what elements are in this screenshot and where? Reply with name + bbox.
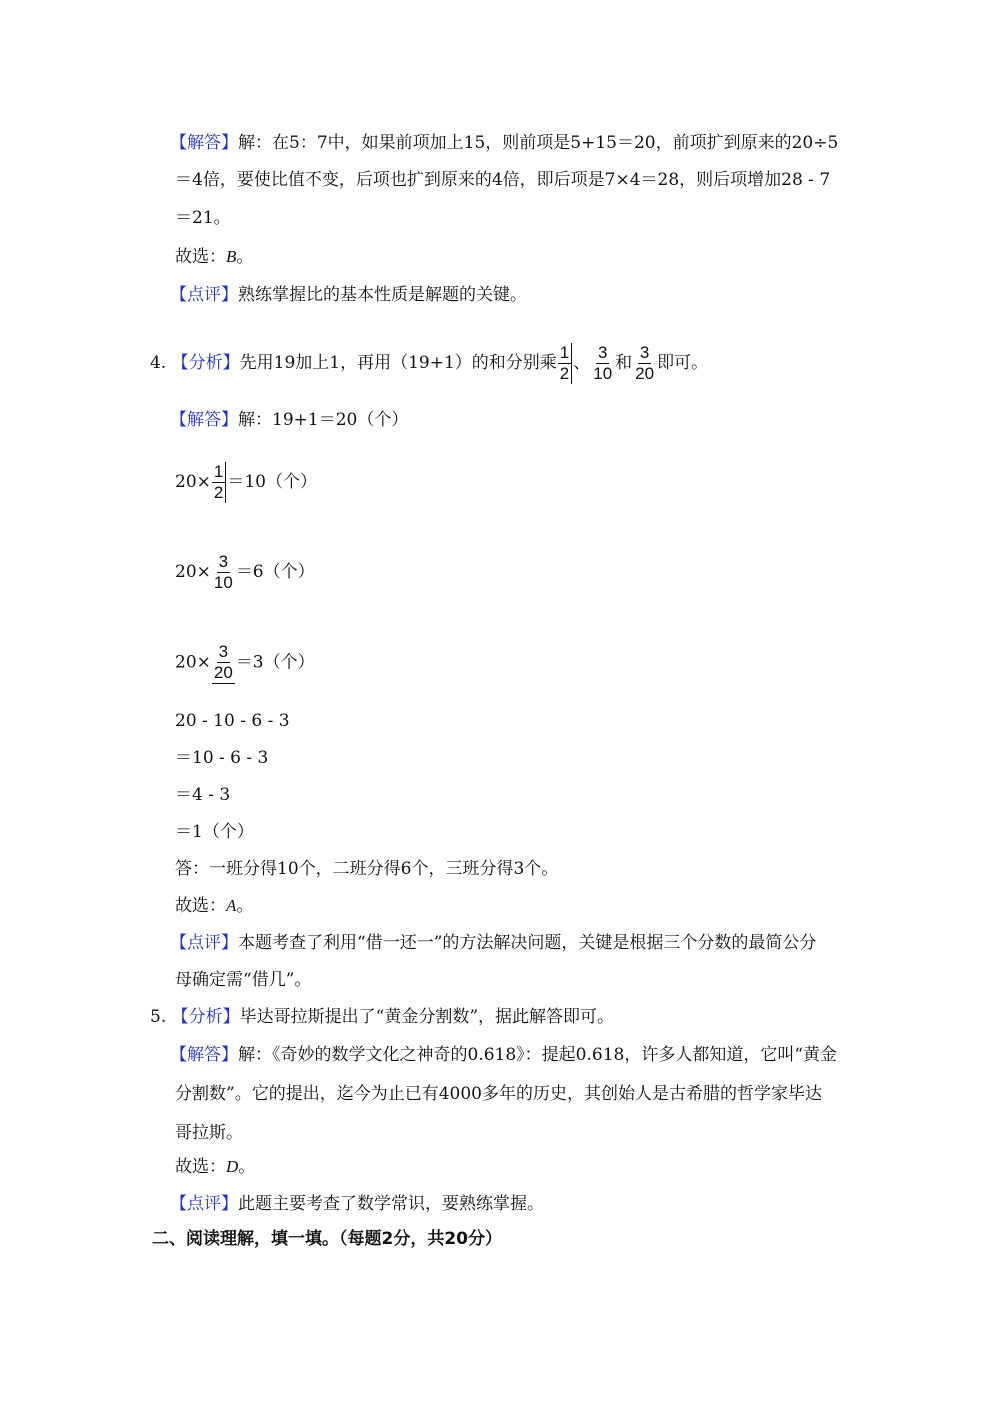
q3-answer-line2: ＝4倍，要使比值不变，后项也扩到原来的4倍，即后项是7×4＝28，则后项增加28…	[175, 168, 830, 192]
q5-answer-line1: 【解答】解：《奇妙的数学文化之神奇的0.618》：提起0.618，许多人都知道，…	[170, 1043, 837, 1067]
q4-step: ＝10 - 6 - 3	[175, 746, 268, 770]
answer-tag: 【解答】	[170, 1045, 238, 1065]
q4-step: ＝4 - 3	[175, 783, 230, 807]
answer-tag: 【解答】	[170, 410, 238, 430]
question-number: 4.	[150, 353, 166, 373]
q3-answer-line1: 【解答】解：在5：7中，如果前项加上15，则前项是5+15＝20，前项扩到原来的…	[170, 131, 838, 155]
fraction-3-20: 320	[633, 343, 656, 384]
q3-comment: 【点评】熟练掌握比的基本性质是解题的关键。	[170, 283, 527, 307]
choice-value: B	[226, 247, 236, 266]
analysis-tag: 【分析】	[172, 353, 240, 373]
choice-value: A	[226, 896, 236, 915]
q4-choice: 故选：A。	[175, 894, 253, 918]
q4-step: ＝1（个）	[175, 820, 254, 844]
q4-comment-line1: 【点评】本题考查了利用“借一还一”的方法解决问题，关键是根据三个分数的最简公分	[170, 931, 816, 955]
q4-reply: 答：一班分得10个，二班分得6个，三班分得3个。	[175, 857, 558, 881]
question-number: 5.	[150, 1007, 166, 1027]
q5-choice: 故选：D。	[175, 1155, 255, 1179]
q4-comment-line2: 母确定需“借几”。	[175, 968, 311, 992]
q5-answer-line3: 哥拉斯。	[175, 1121, 243, 1145]
q4-calc-2: 20×310＝6（个）	[175, 552, 315, 593]
comment-tag: 【点评】	[170, 1194, 238, 1214]
choice-value: D	[226, 1157, 238, 1176]
q3-answer-line3: ＝21。	[175, 206, 231, 230]
fraction-1-2: 12	[558, 343, 572, 384]
analysis-tag: 【分析】	[172, 1007, 240, 1027]
q5-comment: 【点评】此题主要考查了数学常识，要熟练掌握。	[170, 1192, 544, 1216]
q4-calc-1: 20×12＝10（个）	[175, 462, 317, 503]
fraction-3-10: 310	[591, 343, 614, 384]
q4-answer: 【解答】解：19+1＝20（个）	[170, 408, 408, 432]
q3-choice: 故选：B。	[175, 245, 253, 269]
q5-answer-line2: 分割数”。它的提出，迄今为止已有4000多年的历史，其创始人是古希腊的哲学家毕达	[175, 1082, 822, 1106]
q4-analysis: 4. 【分析】先用19加上1，再用（19+1）的和分别乘12、310和320即可…	[150, 343, 708, 384]
comment-tag: 【点评】	[170, 933, 238, 953]
section-heading: 二、阅读理解，填一填。（每题2分，共20分）	[152, 1227, 502, 1251]
q4-step: 20 - 10 - 6 - 3	[175, 709, 290, 733]
q4-calc-3: 20×320＝3（个）	[175, 642, 315, 684]
q5-analysis: 5. 【分析】毕达哥拉斯提出了“黄金分割数”，据此解答即可。	[150, 1005, 614, 1029]
comment-tag: 【点评】	[170, 285, 238, 305]
answer-tag: 【解答】	[170, 133, 238, 153]
